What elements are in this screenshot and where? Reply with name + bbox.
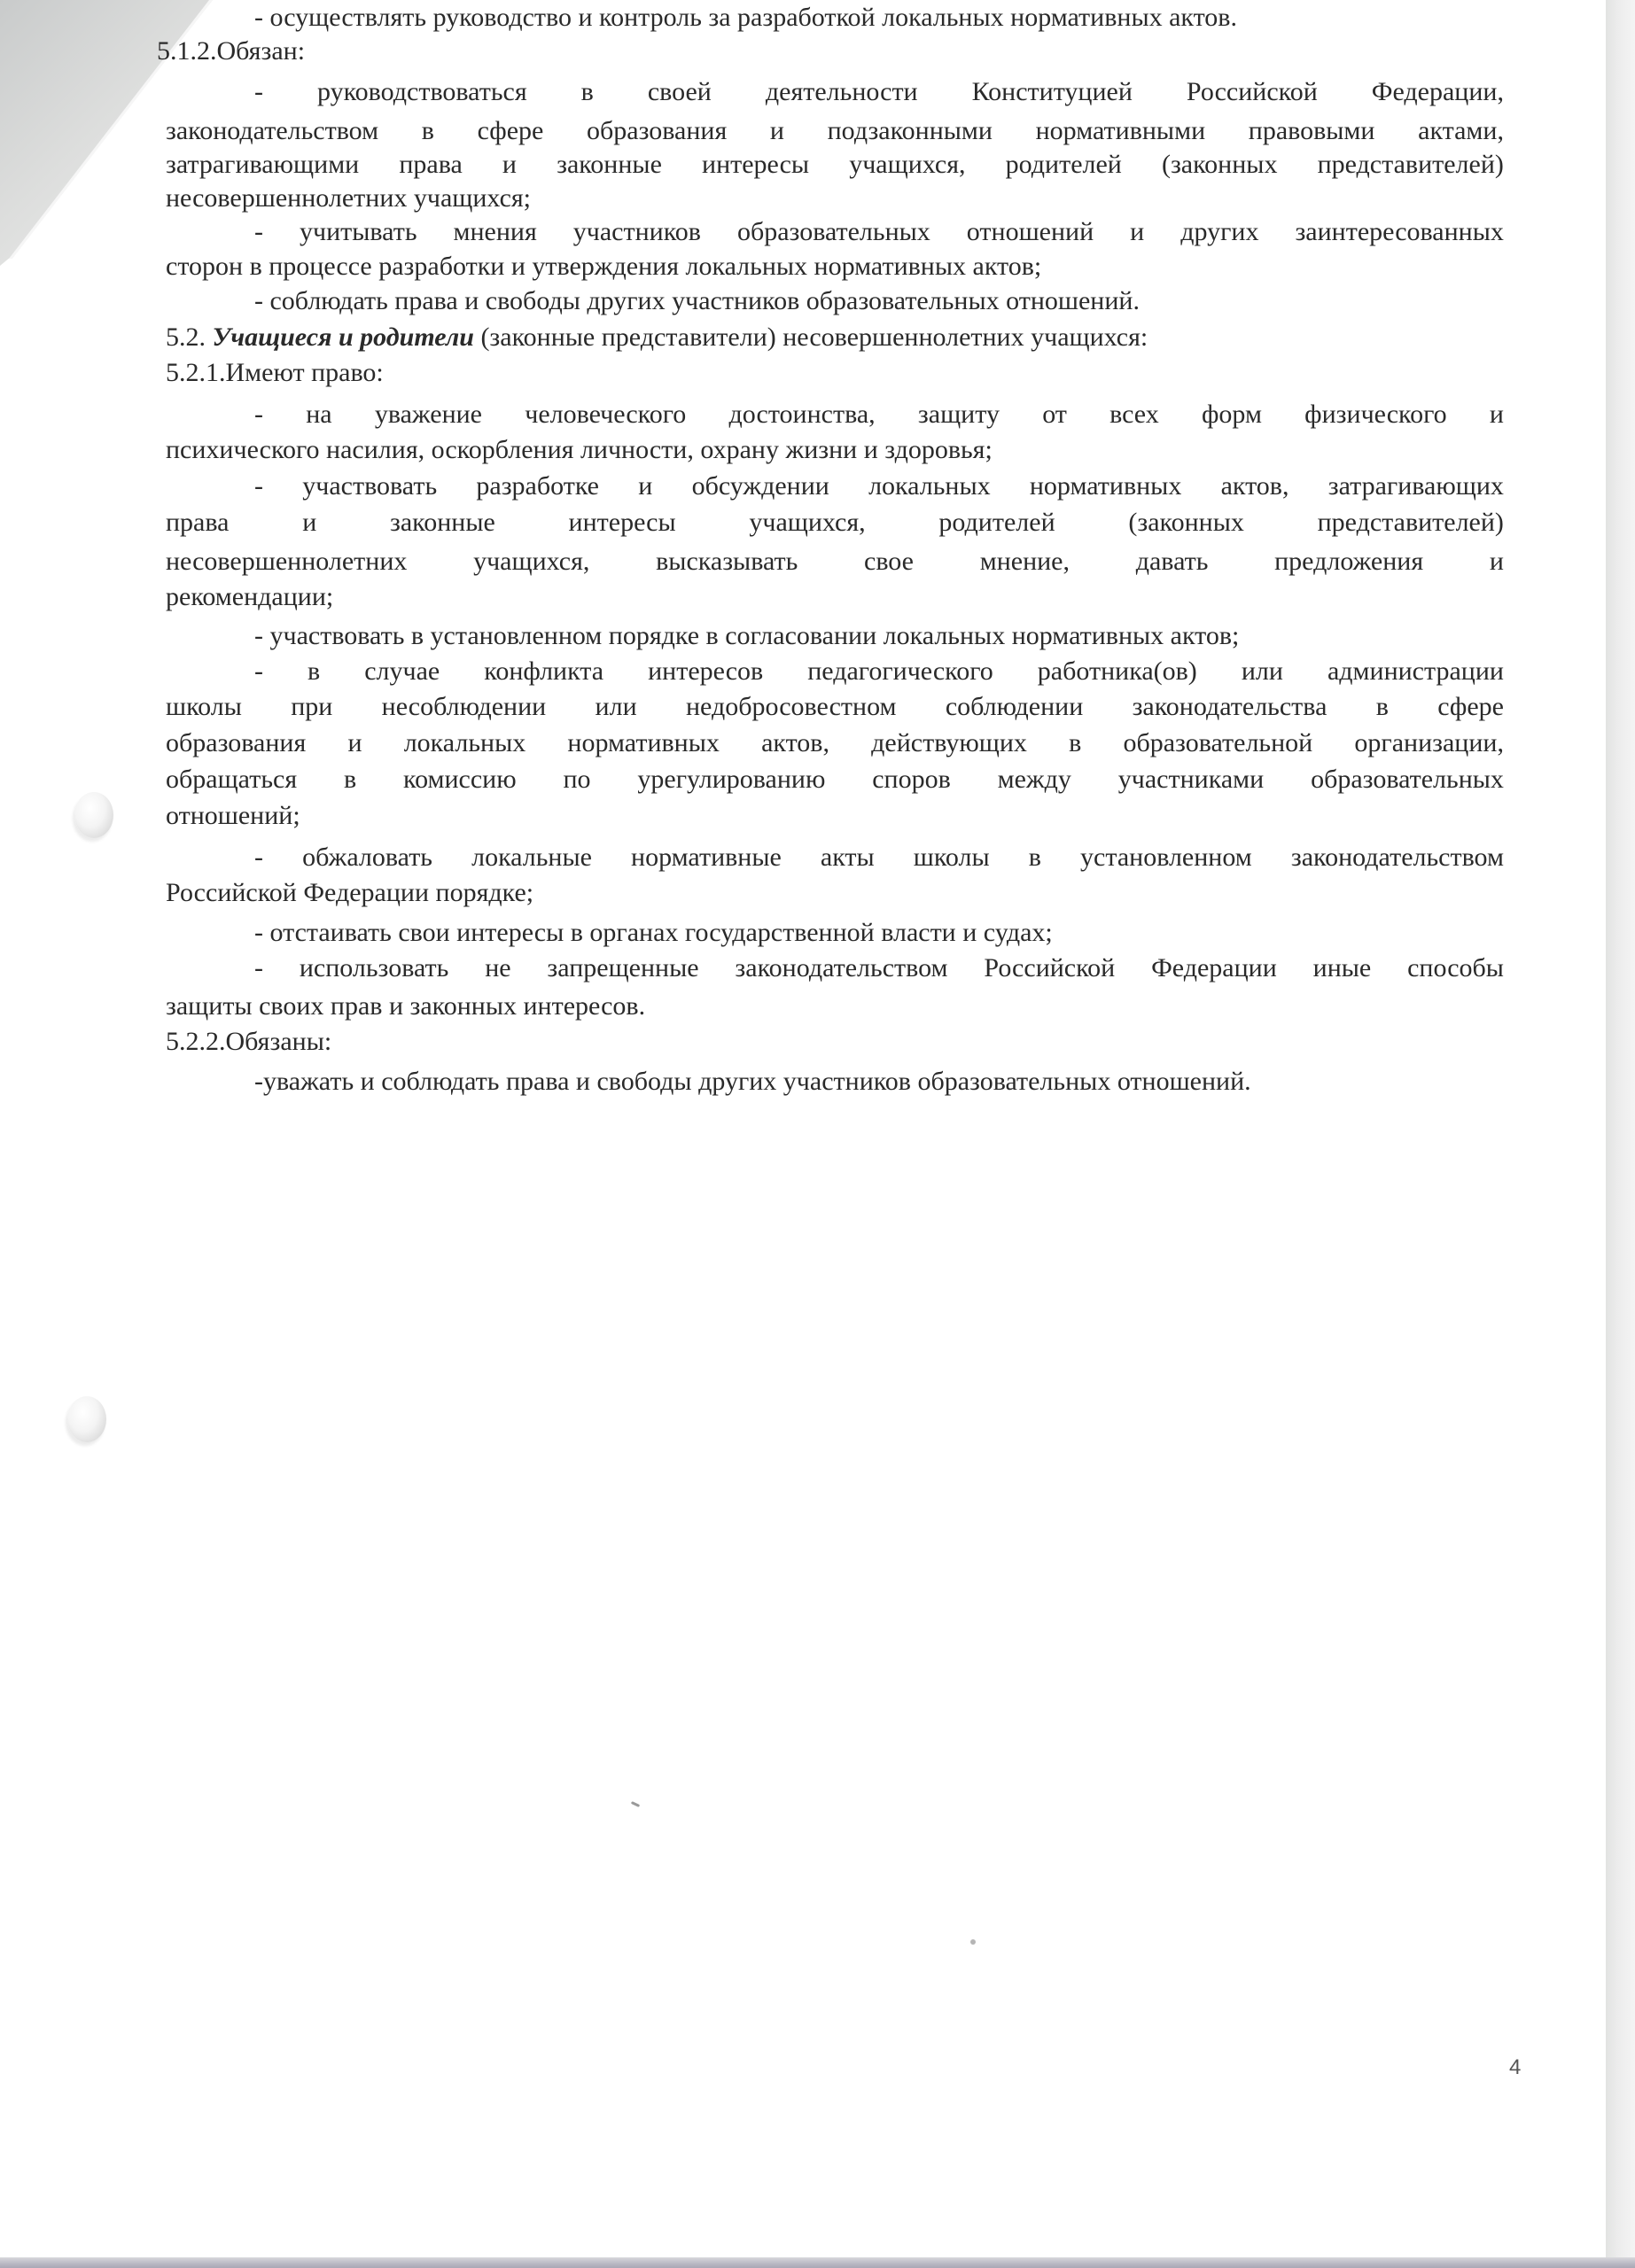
text-line: праваизаконныеинтересыучащихся,родителей… — [166, 507, 1504, 539]
text-line: обращатьсявкомиссиюпоурегулированиюспоро… — [166, 764, 1504, 796]
section-heading-5-2-1: 5.2.1.Имеют право: — [166, 357, 1504, 389]
scan-speck — [970, 1939, 976, 1945]
text-line: - соблюдать права и свободы других участ… — [166, 285, 1504, 317]
section-heading-5-2: 5.2. Учащиеся и родители (законные предс… — [166, 322, 1504, 353]
text-line: школыпринесоблюденииилинедобросовестномс… — [166, 691, 1504, 723]
text-line: Российской Федерации порядке; — [166, 877, 1504, 909]
section-heading-5-2-2: 5.2.2.Обязаны: — [166, 1026, 1504, 1058]
text-line: несовершеннолетнихучащихся,высказыватьсв… — [166, 546, 1504, 578]
text-line: образованияилокальныхнормативныхактов,де… — [166, 727, 1504, 759]
scan-speck — [631, 1801, 640, 1807]
text-line: -участвоватьразработкеиобсуждениилокальн… — [166, 470, 1504, 502]
text-line: -обжаловатьлокальныенормативныеактышколы… — [166, 842, 1504, 874]
text-line: рекомендации; — [166, 581, 1504, 613]
text-line: -уважать и соблюдать права и свободы дру… — [166, 1066, 1504, 1098]
text-line: -учитыватьмненияучастниковобразовательны… — [166, 216, 1504, 248]
text-line: -науважениечеловеческогодостоинства,защи… — [166, 399, 1504, 431]
text-line: -вслучаеконфликтаинтересовпедагогическог… — [166, 656, 1504, 687]
text-line: защиты своих прав и законных интересов. — [166, 990, 1504, 1022]
text-line: - осуществлять руководство и контроль за… — [166, 2, 1504, 34]
text-line: психического насилия, оскорбления личнос… — [166, 434, 1504, 466]
text-line: -использоватьнезапрещенныезаконодательст… — [166, 952, 1504, 984]
text-line: отношений; — [166, 800, 1504, 832]
page-number: 4 — [1509, 2055, 1521, 2080]
scan-edge-bottom — [0, 2257, 1635, 2268]
text-line: сторон в процессе разработки и утвержден… — [166, 251, 1504, 283]
punch-hole-top — [74, 792, 113, 838]
text-line: - отстаивать свои интересы в органах гос… — [166, 917, 1504, 949]
punch-hole-bottom — [67, 1396, 106, 1442]
text-line: - участвовать в установленном порядке в … — [166, 620, 1504, 652]
scan-edge-right — [1606, 0, 1635, 2257]
text-line: затрагивающимиправаизаконныеинтересыучащ… — [166, 149, 1504, 181]
text-line: законодательствомвсфереобразованияиподза… — [166, 115, 1504, 147]
text-line: -руководствоватьсявсвоейдеятельностиКонс… — [166, 76, 1504, 108]
section-emphasis: Учащиеся и родители — [213, 322, 474, 352]
scanned-page: - осуществлять руководство и контроль за… — [0, 0, 1635, 2268]
text-line: несовершеннолетних учащихся; — [166, 183, 1504, 214]
section-heading-5-1-2: 5.1.2.Обязан: — [157, 35, 1495, 67]
